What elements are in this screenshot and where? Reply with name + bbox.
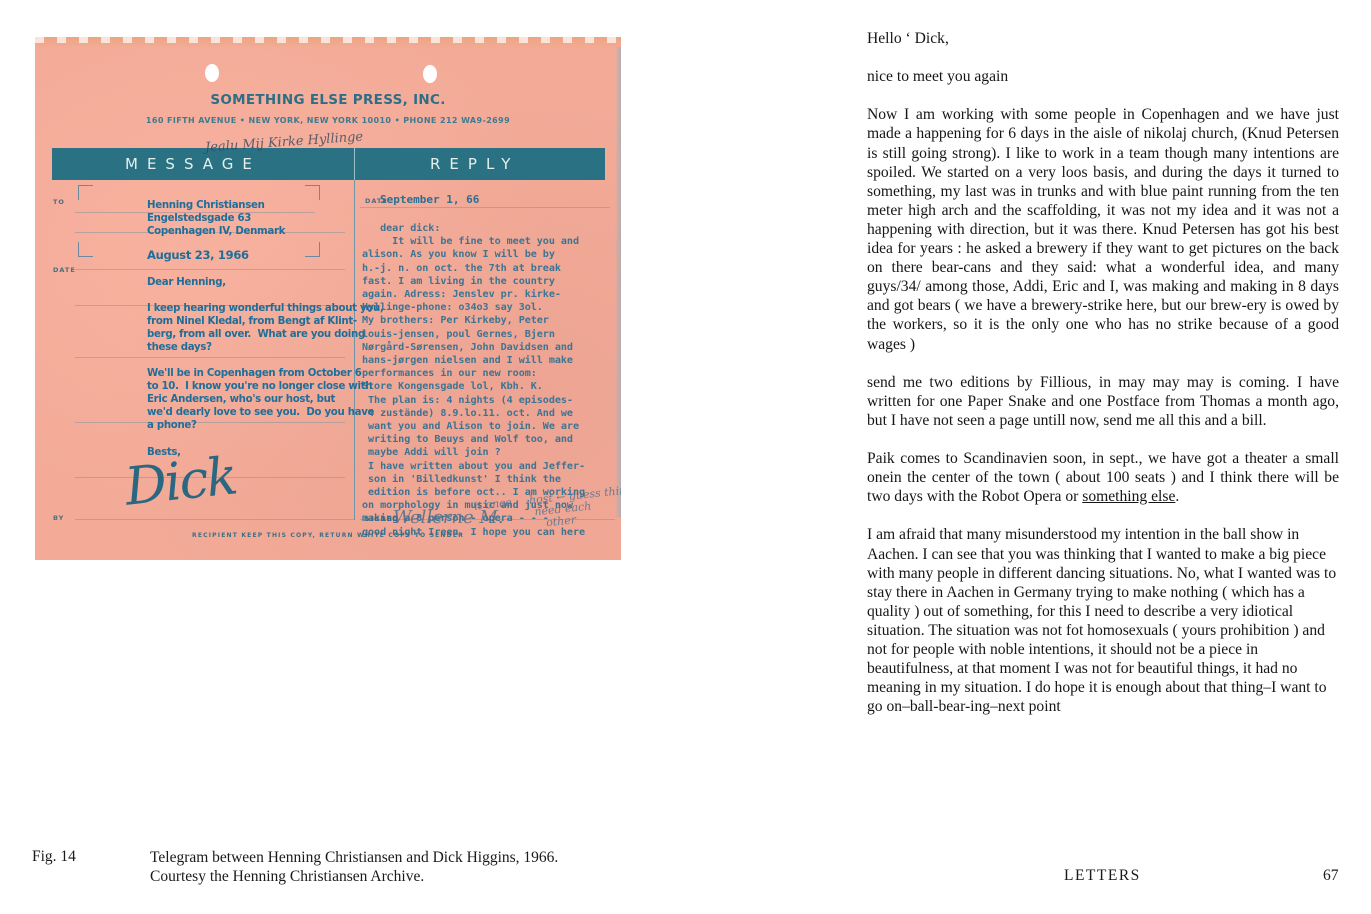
letter-paragraph-2: send me two editions by Fillious, in may… <box>867 373 1339 430</box>
date-label-left: DATE <box>53 266 76 274</box>
by-label: BY <box>53 514 64 522</box>
address-bracket-corner <box>305 185 320 200</box>
figure-caption: Telegram between Henning Christiansen an… <box>150 848 558 886</box>
page-number: 67 <box>1323 867 1339 885</box>
ruled-line <box>75 357 345 358</box>
ruled-line <box>360 207 610 208</box>
address-bracket-corner <box>305 242 320 257</box>
letterhead-address: 160 FIFTH AVENUE • NEW YORK, NEW YORK 10… <box>35 116 621 125</box>
paragraph-3-end: . <box>1175 488 1179 505</box>
ruled-line <box>75 269 345 270</box>
reply-signature: Wellerne M. <box>393 507 504 528</box>
telegram-image: SOMETHING ELSE PRESS, INC. 160 FIFTH AVE… <box>35 37 621 560</box>
letter-opening: nice to meet you again <box>867 67 1339 86</box>
address-bracket-corner <box>78 242 93 257</box>
message-label: MESSAGE <box>125 155 261 173</box>
recipient-street: Engelstedsgade 63 <box>147 213 251 224</box>
letter-paragraph-1: Now I am working with some people in Cop… <box>867 105 1339 353</box>
reply-date: September 1, 66 <box>380 193 479 206</box>
message-paragraph-2: We'll be in Copenhagen from October 6 to… <box>147 367 374 432</box>
caption-line-2: Courtesy the Henning Christiansen Archiv… <box>150 867 558 886</box>
to-label: TO <box>53 198 65 206</box>
letterhead-company: SOMETHING ELSE PRESS, INC. <box>35 92 621 108</box>
underlined-phrase: something else <box>1082 488 1175 505</box>
figure-label: Fig. 14 <box>32 848 76 866</box>
message-date: August 23, 1966 <box>147 249 249 262</box>
recipient-address: Henning Christiansen Engelstedsgade 63 C… <box>147 199 285 238</box>
letter-paragraph-3: Paik comes to Scandinavien soon, in sept… <box>867 449 1339 506</box>
punch-hole <box>205 64 219 82</box>
letter-body: Hello ‘ Dick, nice to meet you again Now… <box>867 29 1339 735</box>
address-bracket-corner <box>78 185 93 200</box>
caption-line-1: Telegram between Henning Christiansen an… <box>150 848 558 867</box>
torn-paper-edge <box>35 37 621 43</box>
message-salutation: Dear Henning, <box>147 276 226 289</box>
letter-greeting: Hello ‘ Dick, <box>867 29 1339 48</box>
band-divider <box>354 148 355 180</box>
punch-hole <box>423 65 437 83</box>
reply-label: REPLY <box>430 155 519 173</box>
signature-dick: Dick <box>122 446 239 517</box>
message-paragraph-1: I keep hearing wonderful things about yo… <box>147 302 384 354</box>
running-head: LETTERS <box>1064 867 1141 885</box>
recipient-city: Copenhagen IV, Denmark <box>147 226 285 237</box>
recipient-name: Henning Christiansen <box>147 200 265 211</box>
message-reply-band: MESSAGE REPLY <box>52 148 605 180</box>
letter-paragraph-4: I am afraid that many misunderstood my i… <box>867 525 1339 716</box>
telegram-footer-note: RECIPIENT KEEP THIS COPY, RETURN WHITE C… <box>35 532 621 539</box>
ruled-line <box>75 519 355 520</box>
